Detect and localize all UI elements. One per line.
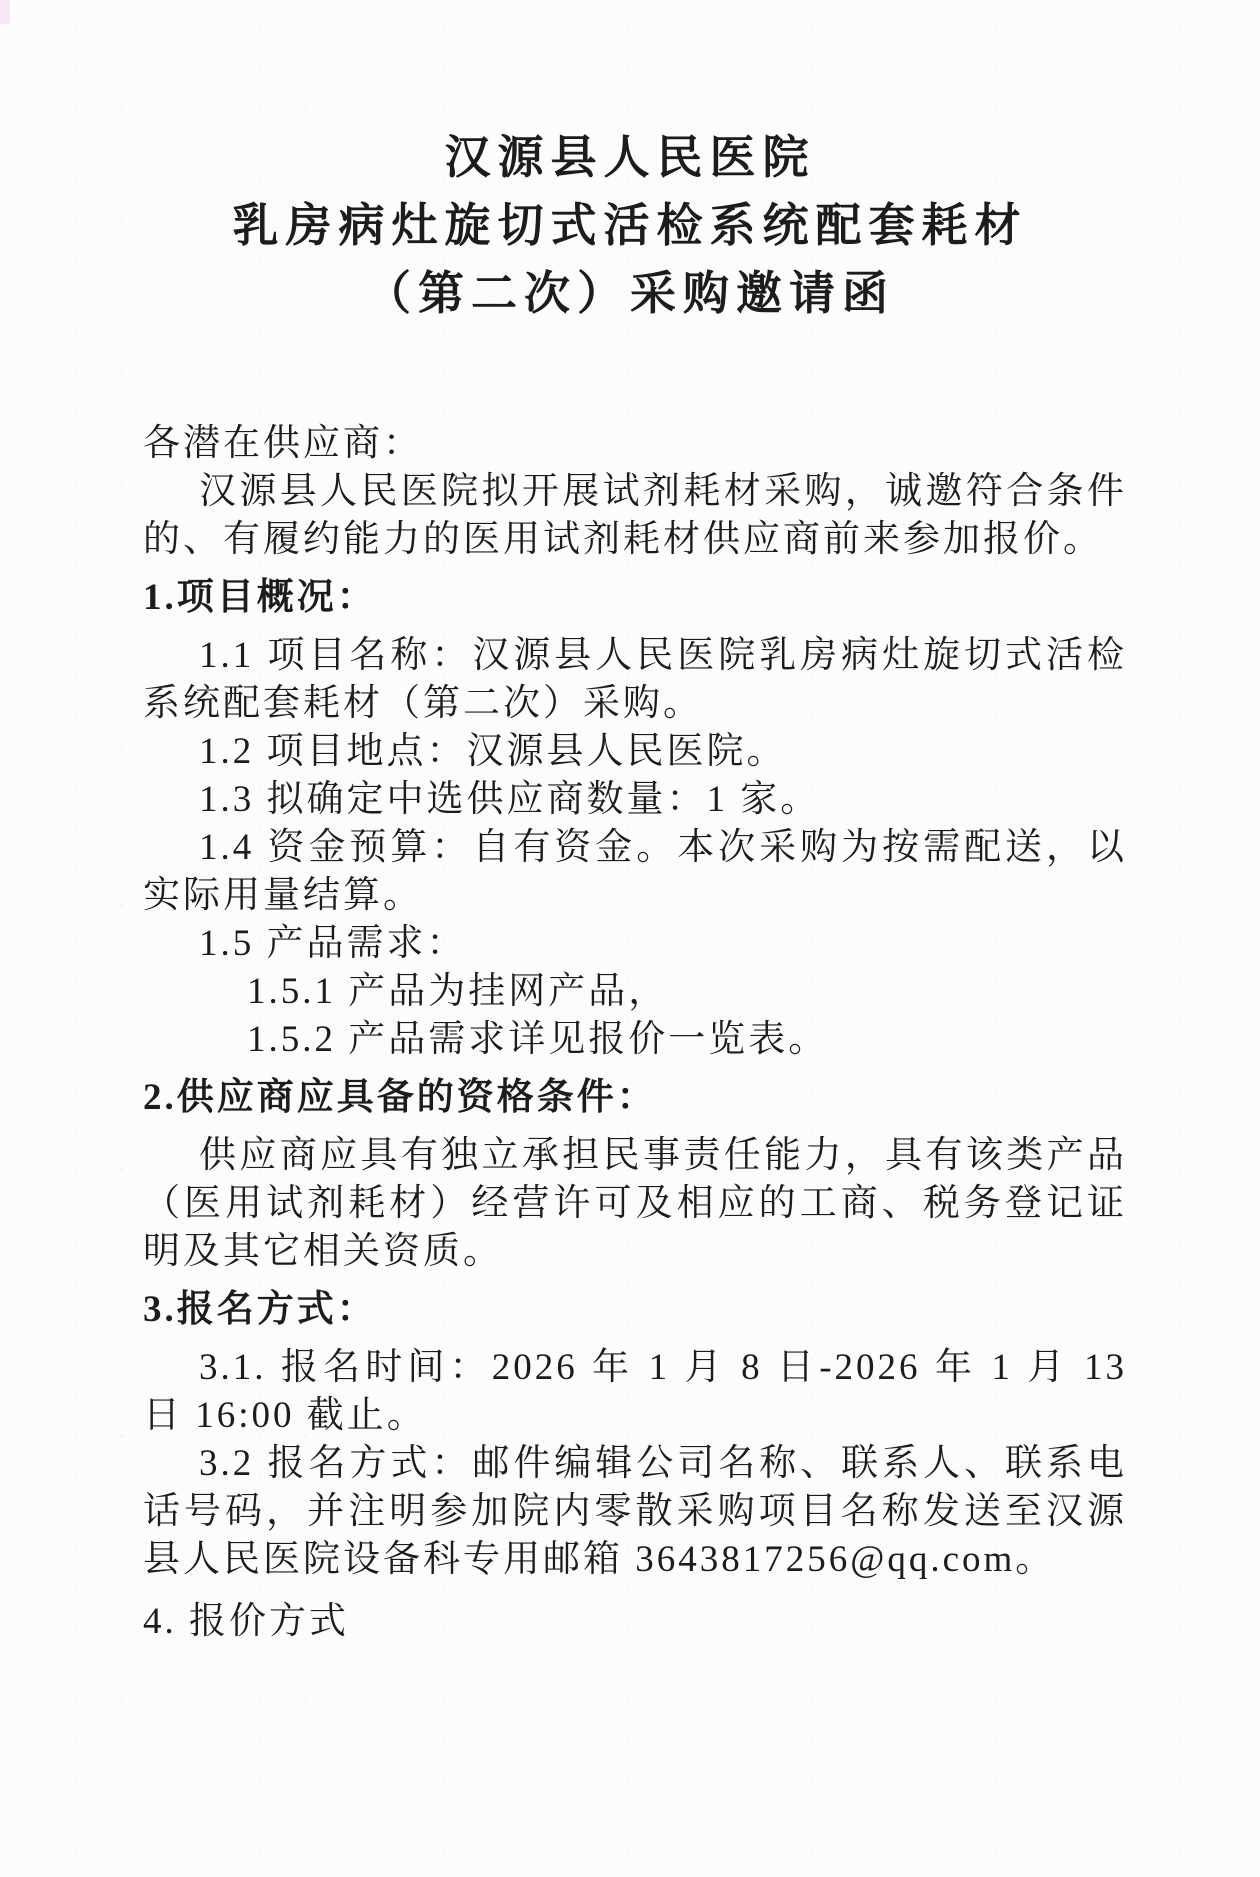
section-1-heading: 1.项目概况： — [143, 574, 1127, 622]
title-line-project: 乳房病灶旋切式活检系统配套耗材 — [0, 192, 1260, 260]
title-line-invitation: （第二次）采购邀请函 — [0, 260, 1260, 328]
section-2-heading: 2.供应商应具备的资格条件： — [143, 1074, 1127, 1122]
item-1-4: 1.4 资金预算：自有资金。本次采购为按需配送，以实际用量结算。 — [143, 824, 1127, 920]
item-3-2: 3.2 报名方式：邮件编辑公司名称、联系人、联系电话号码，并注明参加院内零散采购… — [143, 1440, 1127, 1584]
item-1-1: 1.1 项目名称：汉源县人民医院乳房病灶旋切式活检系统配套耗材（第二次）采购。 — [143, 632, 1127, 728]
item-1-5-1: 1.5.1 产品为挂网产品， — [143, 968, 1127, 1016]
intro-paragraph: 汉源县人民医院拟开展试剂耗材采购，诚邀符合条件的、有履约能力的医用试剂耗材供应商… — [143, 468, 1127, 564]
scan-artifact — [0, 0, 10, 24]
section-2-paragraph: 供应商应具有独立承担民事责任能力，具有该类产品（医用试剂耗材）经营许可及相应的工… — [143, 1132, 1127, 1276]
item-1-2: 1.2 项目地点：汉源县人民医院。 — [143, 728, 1127, 776]
item-3-1: 3.1. 报名时间：2026 年 1 月 8 日-2026 年 1 月 13 日… — [143, 1344, 1127, 1440]
section-4-heading: 4. 报价方式 — [143, 1598, 1127, 1646]
salutation: 各潜在供应商： — [143, 420, 1127, 468]
item-1-5: 1.5 产品需求： — [143, 920, 1127, 968]
section-3-heading: 3.报名方式： — [143, 1286, 1127, 1334]
title-line-hospital: 汉源县人民医院 — [0, 124, 1260, 192]
item-1-3: 1.3 拟确定中选供应商数量：1 家。 — [143, 776, 1127, 824]
document-title: 汉源县人民医院 乳房病灶旋切式活检系统配套耗材 （第二次）采购邀请函 — [0, 0, 1260, 328]
document-body: 各潜在供应商： 汉源县人民医院拟开展试剂耗材采购，诚邀符合条件的、有履约能力的医… — [143, 420, 1127, 1646]
item-1-5-2: 1.5.2 产品需求详见报价一览表。 — [143, 1016, 1127, 1064]
document-page: 汉源县人民医院 乳房病灶旋切式活检系统配套耗材 （第二次）采购邀请函 各潜在供应… — [0, 0, 1260, 1877]
